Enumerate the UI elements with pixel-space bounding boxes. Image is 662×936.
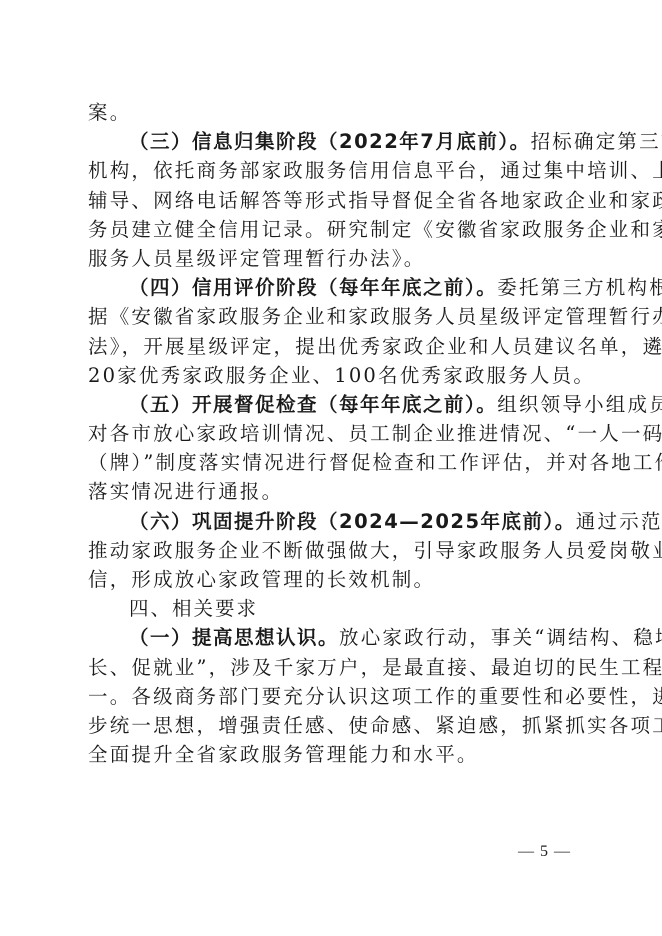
paragraph-line: 落实情况进行通报。: [88, 477, 580, 506]
paragraph-stage5-line1: （五）开展督促检查（每年年底之前）。组织领导小组成员: [88, 390, 580, 419]
page-number: — 5 —: [518, 843, 571, 861]
text: 委托第三方机构根: [497, 276, 662, 299]
paragraph-line: 全面提升全省家政服务管理能力和水平。: [88, 740, 580, 769]
text: 放心家政行动，事关“调结构、稳增: [339, 626, 662, 649]
paragraph-line: 一。各级商务部门要充分认识这项工作的重要性和必要性，进一: [88, 682, 580, 711]
paragraph-line: 长、促就业”，涉及千家万户，是最直接、最迫切的民生工程之: [88, 653, 580, 682]
paragraph-line: 对各市放心家政培训情况、员工制企业推进情况、“一人一码: [88, 419, 580, 448]
paragraph-line: 20家优秀家政服务企业、100名优秀家政服务人员。: [88, 361, 580, 390]
text: 招标确定第三方: [531, 130, 662, 153]
document-page: 案。 （三）信息归集阶段（2022年7月底前）。招标确定第三方 机构，依托商务部…: [88, 98, 580, 769]
paragraph-continuation: 案。: [88, 98, 580, 127]
bold-lead: （三）信息归集阶段（2022年7月底前）。: [129, 130, 531, 153]
paragraph-line: 服务人员星级评定管理暂行办法》。: [88, 244, 580, 273]
paragraph-line: 推动家政服务企业不断做强做大，引导家政服务人员爱岗敬业诚: [88, 536, 580, 565]
paragraph-line: 步统一思想，增强责任感、使命感、紧迫感，抓紧抓实各项工作，: [88, 711, 580, 740]
paragraph-line: 法》，开展星级评定，提出优秀家政企业和人员建议名单，遴选: [88, 332, 580, 361]
bold-lead: （六）巩固提升阶段（2024—2025年底前）。: [129, 510, 576, 533]
paragraph-stage6-line1: （六）巩固提升阶段（2024—2025年底前）。通过示范引领，: [88, 507, 580, 536]
text: 通过示范引领，: [576, 510, 662, 533]
section-heading: 四、相关要求: [88, 594, 580, 623]
paragraph-stage3-line1: （三）信息归集阶段（2022年7月底前）。招标确定第三方: [88, 127, 580, 156]
paragraph-line: 机构，依托商务部家政服务信用信息平台，通过集中培训、上门: [88, 156, 580, 185]
bold-lead: （四）信用评价阶段（每年年底之前）。: [129, 276, 497, 299]
paragraph-line: 据《安徽省家政服务企业和家政服务人员星级评定管理暂行办: [88, 302, 580, 331]
paragraph-line: 务员建立健全信用记录。研究制定《安徽省家政服务企业和家政: [88, 215, 580, 244]
paragraph-line: （牌）”制度落实情况进行督促检查和工作评估，并对各地工作: [88, 448, 580, 477]
paragraph-stage4-line1: （四）信用评价阶段（每年年底之前）。委托第三方机构根: [88, 273, 580, 302]
bold-lead: （五）开展督促检查（每年年底之前）。: [129, 393, 497, 416]
text: 组织领导小组成员: [497, 393, 662, 416]
paragraph-line: 信，形成放心家政管理的长效机制。: [88, 565, 580, 594]
bold-lead: （一）提高思想认识。: [129, 626, 339, 649]
paragraph-req1-line1: （一）提高思想认识。放心家政行动，事关“调结构、稳增: [88, 623, 580, 652]
paragraph-line: 辅导、网络电话解答等形式指导督促全省各地家政企业和家政服: [88, 186, 580, 215]
